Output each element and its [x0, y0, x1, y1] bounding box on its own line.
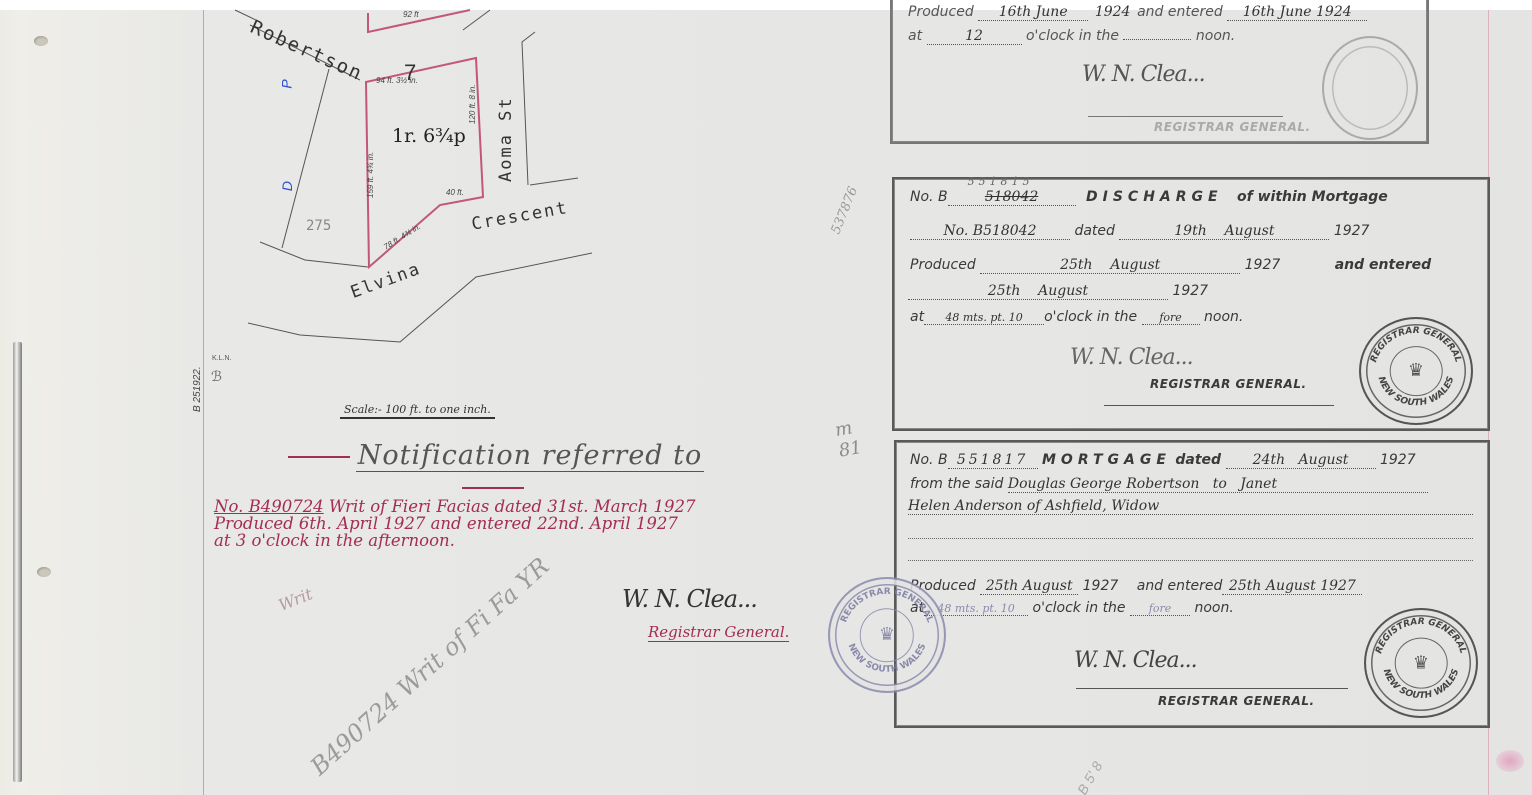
registrar-seal-overlapping: REGISTRAR GENERAL NEW SOUTH WALES ♛: [828, 577, 946, 693]
registrar-seal-faint: [1322, 36, 1418, 140]
mortgage-title-row: No. B551817 MORTGAGE dated 24th August 1…: [910, 452, 1416, 469]
struck-number: 518042551815: [948, 189, 1076, 206]
label: dated: [1175, 452, 1221, 468]
margin-vertical-reference: B 251922.: [192, 366, 203, 412]
dated-value: 19th August: [1119, 223, 1329, 240]
discharge-time-row: at48 mts. pt. 10o'clock in the fore noon…: [910, 309, 1243, 325]
lot-dimension-right: 120 ft. 8 in.: [468, 84, 477, 124]
label: and entered: [1137, 4, 1223, 20]
label: and entered: [1137, 578, 1223, 594]
memorial-discharge: No. B518042551815 DISCHARGE of within Mo…: [892, 177, 1490, 431]
memorial-type: MORTGAGE: [1042, 452, 1171, 468]
memo-signature: W. N. Clea...: [1082, 62, 1205, 87]
registrar-signature-title: Registrar General.: [648, 623, 789, 642]
lot-dimension-bottom-right: 40 ft.: [446, 188, 464, 197]
memorial-type: DISCHARGE: [1086, 189, 1223, 205]
notification-heading: Notification referred to: [248, 440, 738, 502]
mortgage-reference: No. B518042: [910, 223, 1070, 240]
crown-emblem-icon: ♛: [1390, 346, 1443, 396]
binding-strip: [13, 342, 22, 782]
registrar-seal: REGISTRAR GENERAL NEW SOUTH WALES ♛: [1364, 608, 1478, 718]
memorial-previous: Produced 16th June 1924 and entered 16th…: [890, 0, 1429, 144]
registrar-title: REGISTRAR GENERAL.: [1150, 377, 1307, 391]
signature-line: [1088, 116, 1283, 117]
mortgage-parties-row: from the said Douglas George Robertson t…: [910, 476, 1428, 493]
noon-value: fore: [1130, 602, 1190, 616]
writ-notification: No. B490724 Writ of Fieri Facias dated 3…: [214, 498, 874, 549]
plan-scale: Scale:- 100 ft. to one inch.: [340, 403, 495, 419]
writ-line-2: Produced 6th. April 1927 and entered 22n…: [214, 515, 874, 532]
lot-dimension-left: 159 ft. 4¾ in.: [366, 152, 375, 198]
memorial-mortgage: No. B551817 MORTGAGE dated 24th August 1…: [894, 440, 1490, 728]
writ-line-1: No. B490724 Writ of Fieri Facias dated 3…: [214, 498, 874, 515]
memo-time-row: at 12 o'clock in the noon.: [908, 28, 1235, 45]
adjoining-lot-number: 275: [306, 218, 331, 234]
produced-year: 1927: [1083, 578, 1119, 594]
produced-value: 25th August: [980, 257, 1240, 274]
lot-dimension-top: 94 ft. 3½ in.: [376, 76, 418, 85]
time-value: 48 mts. pt. 10: [924, 311, 1044, 325]
label: at: [910, 309, 924, 325]
margin-initials: K.L.N.: [212, 355, 231, 362]
mortgagee-value: Helen Anderson of Ashfield, Widow: [908, 498, 1473, 515]
label: No. B: [910, 189, 948, 205]
label: noon.: [1196, 28, 1235, 44]
entered-year: 1927: [1172, 283, 1208, 299]
discharge-produced-row: Produced 25th August 1927 and entered: [910, 257, 1431, 274]
produced-date: 16th June: [978, 4, 1088, 21]
registrar-title: REGISTRAR GENERAL.: [1158, 694, 1315, 708]
registrar-seal: REGISTRAR GENERAL NEW SOUTH WALES ♛: [1359, 317, 1473, 425]
label: from the said: [910, 476, 1003, 492]
crown-emblem-icon: ♛: [860, 608, 914, 662]
discharge-entered-row: 25th August 1927: [908, 283, 1208, 300]
noon-value: fore: [1142, 311, 1200, 325]
heading-rule: [462, 487, 524, 489]
crown-emblem-icon: ♛: [1395, 638, 1448, 689]
street-label-aoma: Aoma St: [496, 96, 516, 182]
time-value: 12: [927, 28, 1022, 45]
discharge-number: 551815: [968, 175, 1034, 188]
mortgage-time-row: at48 mts. pt. 10 o'clock in the fore noo…: [910, 600, 1234, 616]
lot-area: 1r. 6¾p: [392, 125, 466, 147]
dated-value: 24th August: [1226, 452, 1376, 469]
ink-stain: [1496, 750, 1524, 772]
label: noon.: [1194, 600, 1233, 616]
produced-date: 25th August: [980, 578, 1078, 595]
dp-label-p: P: [279, 79, 295, 88]
prev-lot-dimension: 92 ft: [403, 10, 419, 19]
blank-line: [908, 538, 1473, 539]
memo-signature: W. N. Clea...: [1074, 648, 1197, 673]
mortgage-produced-row: Produced 25th August 1927 and entered25t…: [910, 578, 1362, 595]
parties-value: Douglas George Robertson to Janet: [1008, 476, 1428, 493]
mortgagor: Douglas George Robertson: [1008, 476, 1200, 492]
label: noon.: [1204, 309, 1243, 325]
blank-line: [908, 560, 1473, 561]
memo-produced-row: Produced 16th June 1924 and entered 16th…: [908, 4, 1367, 21]
signature-line: [1104, 405, 1334, 406]
produced-year: 1927: [1245, 257, 1281, 273]
heading-rule: [288, 456, 350, 458]
struck-value: 518042: [985, 189, 1038, 205]
dated-year: 1927: [1380, 452, 1416, 468]
registrar-title: REGISTRAR GENERAL.: [1154, 120, 1311, 134]
discharge-title-row: No. B518042551815 DISCHARGE of within Mo…: [910, 189, 1388, 206]
label: dated: [1074, 223, 1114, 239]
entered-value: 25th August: [908, 283, 1168, 300]
writ-line-3: at 3 o'clock in the afternoon.: [214, 532, 874, 549]
label: Produced: [908, 4, 974, 20]
entered-date: 16th June 1924: [1227, 4, 1367, 21]
label: o'clock in the: [1033, 600, 1126, 616]
dated-year: 1927: [1334, 223, 1370, 239]
dp-label-d: D: [279, 181, 295, 191]
registrar-signature: W. N. Clea...: [622, 585, 757, 613]
label: No. B: [910, 452, 948, 468]
mortgagee-first-name: Janet: [1240, 476, 1277, 492]
mortgage-parties-row-2: Helen Anderson of Ashfield, Widow: [908, 498, 1473, 515]
label: Produced: [910, 257, 976, 273]
label: o'clock in the: [1044, 309, 1137, 325]
margin-initials-signature: ℬ: [211, 368, 222, 385]
pencil-81: 81: [837, 437, 863, 462]
label: and entered: [1335, 257, 1431, 273]
entered-date: 25th August 1927: [1222, 578, 1362, 595]
label: at: [908, 28, 922, 44]
noon-value: [1123, 39, 1191, 40]
lot-plan-drawing: [0, 0, 900, 400]
memo-signature: W. N. Clea...: [1070, 345, 1193, 370]
produced-year: 1924: [1093, 4, 1133, 20]
punch-hole: [37, 567, 51, 577]
discharge-dated-row: No. B518042 dated 19th August 1927: [910, 223, 1369, 240]
label: of within Mortgage: [1237, 189, 1388, 205]
mortgage-number: 551817: [948, 452, 1038, 469]
signature-line: [1076, 688, 1348, 689]
notification-heading-text: Notification referred to: [356, 440, 705, 472]
label: o'clock in the: [1026, 28, 1119, 44]
